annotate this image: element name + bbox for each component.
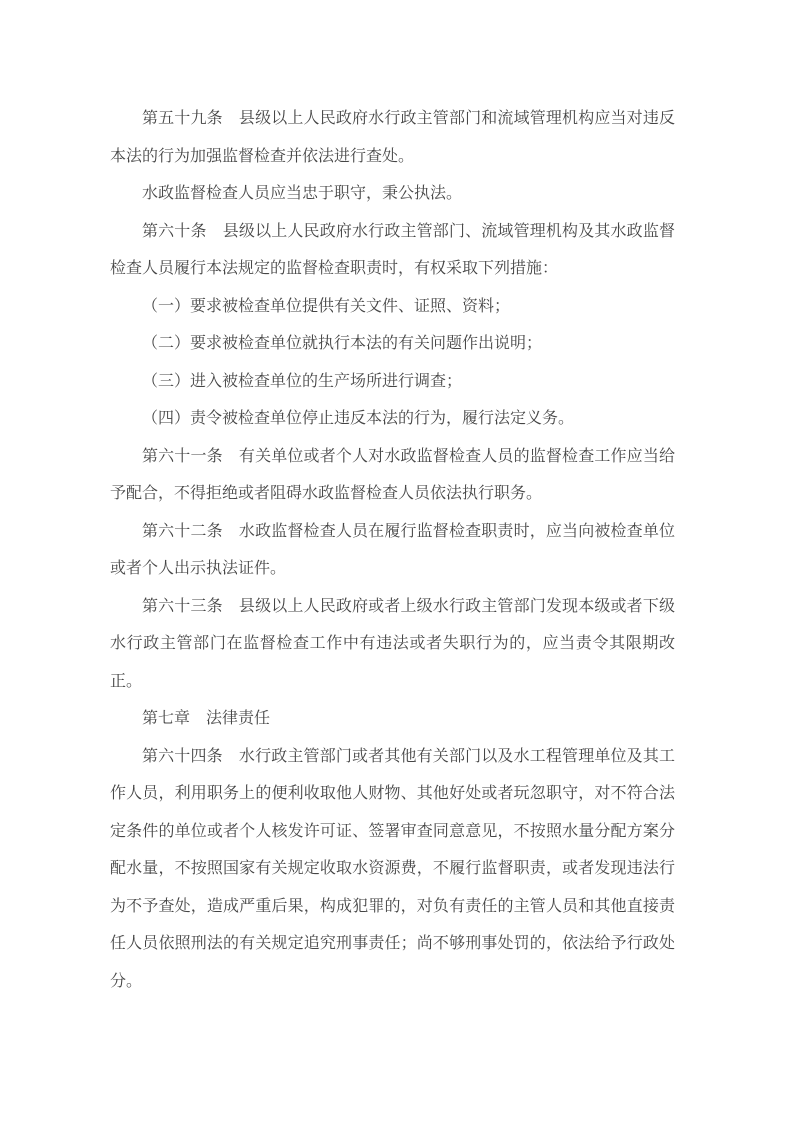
paragraph-article-61: 第六十一条 有关单位或者个人对水政监督检查人员的监督检查工作应当给予配合，不得拒…	[110, 438, 675, 513]
paragraph-article-64: 第六十四条 水行政主管部门或者其他有关部门以及水工程管理单位及其工作人员，利用职…	[110, 738, 675, 1001]
paragraph-article-63: 第六十三条 县级以上人民政府或者上级水行政主管部门发现本级或者下级水行政主管部门…	[110, 588, 675, 701]
list-item-2: （二）要求被检查单位就执行本法的有关问题作出说明；	[110, 325, 675, 363]
paragraph-article-59: 第五十九条 县级以上人民政府水行政主管部门和流域管理机构应当对违反本法的行为加强…	[110, 100, 675, 175]
document-page: 第五十九条 县级以上人民政府水行政主管部门和流域管理机构应当对违反本法的行为加强…	[0, 0, 793, 1122]
list-item-3: （三）进入被检查单位的生产场所进行调查；	[110, 363, 675, 401]
paragraph-article-62: 第六十二条 水政监督检查人员在履行监督检查职责时，应当向被检查单位或者个人出示执…	[110, 513, 675, 588]
paragraph-article-59-sub: 水政监督检查人员应当忠于职守，秉公执法。	[110, 175, 675, 213]
list-item-4: （四）责令被检查单位停止违反本法的行为，履行法定义务。	[110, 400, 675, 438]
list-item-1: （一）要求被检查单位提供有关文件、证照、资料；	[110, 288, 675, 326]
chapter-heading: 第七章 法律责任	[110, 700, 675, 738]
paragraph-article-60: 第六十条 县级以上人民政府水行政主管部门、流域管理机构及其水政监督检查人员履行本…	[110, 213, 675, 288]
